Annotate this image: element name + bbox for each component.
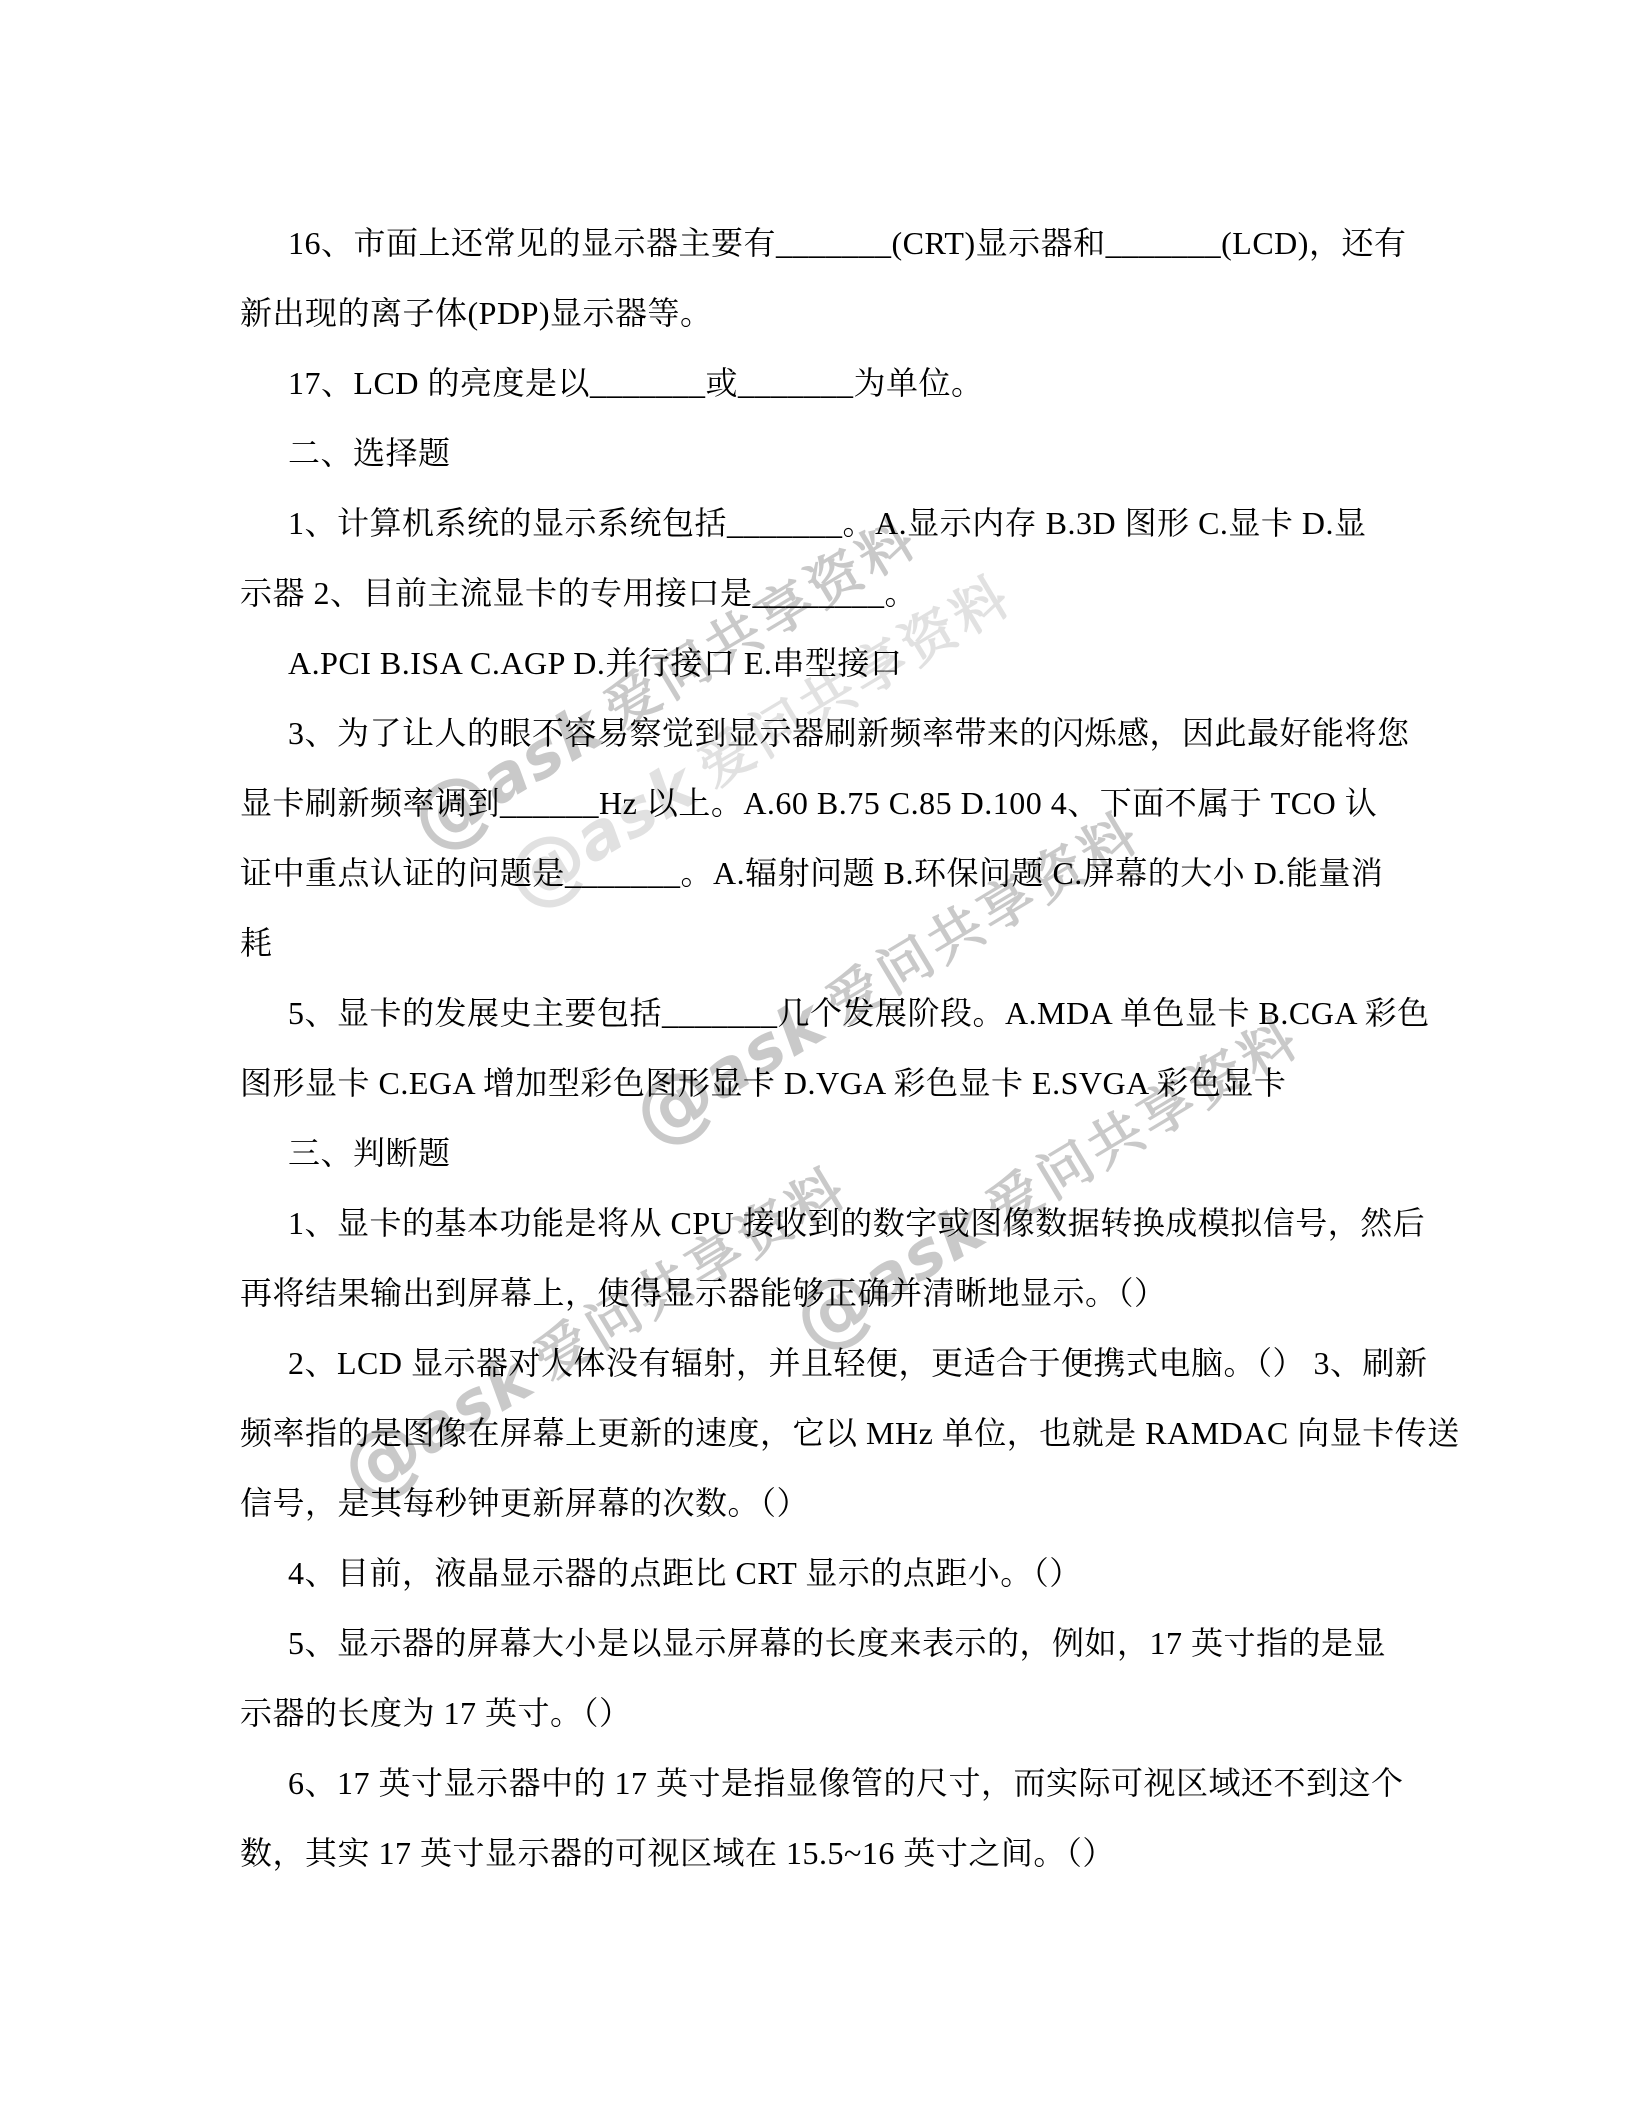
text-line: 5、显示器的屏幕大小是以显示屏幕的长度来表示的，例如，17 英寸指的是显 [240, 1608, 1415, 1678]
text-line: 信号，是其每秒钟更新屏幕的次数。（） [240, 1468, 1415, 1538]
section-heading: 二、选择题 [240, 418, 1415, 488]
text-line: 1、计算机系统的显示系统包括_______。A.显示内存 B.3D 图形 C.显… [240, 488, 1415, 558]
section-heading: 三、判断题 [240, 1118, 1415, 1188]
text-line: 6、17 英寸显示器中的 17 英寸是指显像管的尺寸，而实际可视区域还不到这个 [240, 1748, 1415, 1818]
document-page: @ask 爱问共享资料 @ask 爱问共享资料 @ask 爱问共享资料 @ask… [0, 0, 1632, 2112]
text-line: 示器的长度为 17 英寸。（） [240, 1678, 1415, 1748]
text-line: 数，其实 17 英寸显示器的可视区域在 15.5~16 英寸之间。（） [240, 1818, 1415, 1888]
text-line: 频率指的是图像在屏幕上更新的速度，它以 MHz 单位，也就是 RAMDAC 向显… [240, 1398, 1415, 1468]
text-line: 再将结果输出到屏幕上，使得显示器能够正确并清晰地显示。（） [240, 1258, 1415, 1328]
text-line: 显卡刷新频率调到______Hz 以上。A.60 B.75 C.85 D.100… [240, 768, 1415, 838]
text-line: 1、显卡的基本功能是将从 CPU 接收到的数字或图像数据转换成模拟信号，然后 [240, 1188, 1415, 1258]
document-text-block: 16、市面上还常见的显示器主要有_______(CRT)显示器和_______(… [240, 208, 1415, 1888]
text-line: 新出现的离子体(PDP)显示器等。 [240, 278, 1415, 348]
text-line: 16、市面上还常见的显示器主要有_______(CRT)显示器和_______(… [240, 208, 1415, 278]
text-line: 示器 2、目前主流显卡的专用接口是________。 [240, 558, 1415, 628]
text-line: A.PCI B.ISA C.AGP D.并行接口 E.串型接口 [240, 628, 1415, 698]
text-line: 3、为了让人的眼不容易察觉到显示器刷新频率带来的闪烁感，因此最好能将您 [240, 698, 1415, 768]
text-line: 2、LCD 显示器对人体没有辐射，并且轻便，更适合于便携式电脑。（） 3、刷新 [240, 1328, 1415, 1398]
text-line: 5、显卡的发展史主要包括_______几个发展阶段。A.MDA 单色显卡 B.C… [240, 978, 1415, 1048]
text-line: 17、LCD 的亮度是以_______或_______为单位。 [240, 348, 1415, 418]
text-line: 证中重点认证的问题是_______。A.辐射问题 B.环保问题 C.屏幕的大小 … [240, 838, 1415, 908]
text-line: 图形显卡 C.EGA 增加型彩色图形显卡 D.VGA 彩色显卡 E.SVGA 彩… [240, 1048, 1415, 1118]
text-line: 4、目前，液晶显示器的点距比 CRT 显示的点距小。（） [240, 1538, 1415, 1608]
text-line: 耗 [240, 908, 1415, 978]
